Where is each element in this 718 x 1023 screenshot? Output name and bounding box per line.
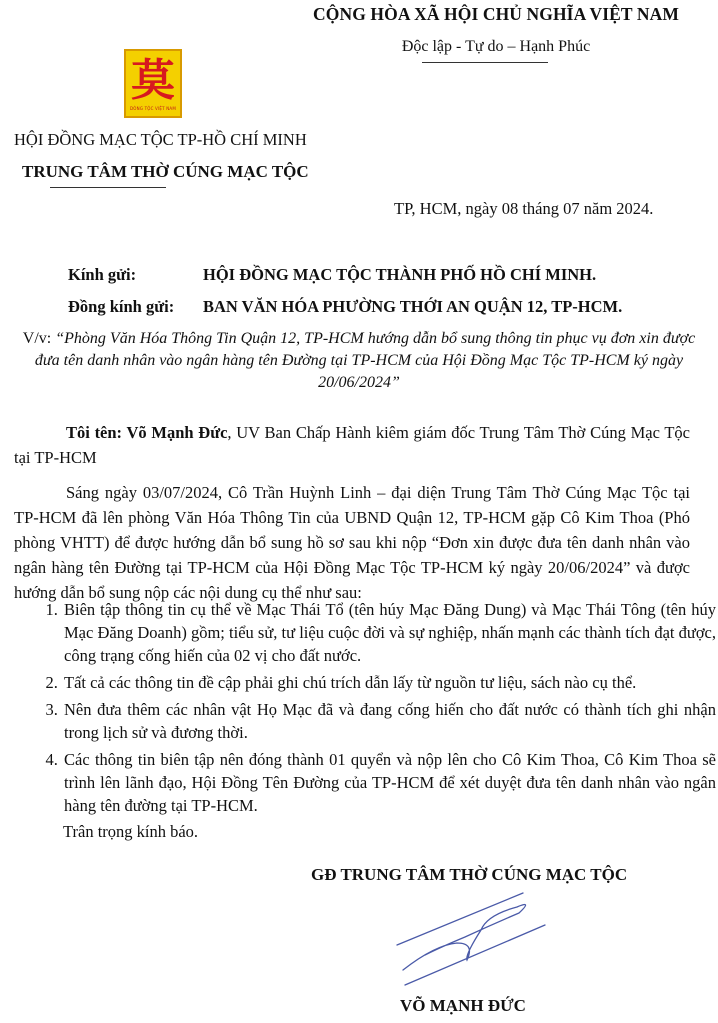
intro-label: Tôi tên: — [66, 423, 126, 442]
closing-line: Trân trọng kính báo. — [63, 822, 198, 842]
document-date: TP, HCM, ngày 08 tháng 07 năm 2024. — [394, 199, 653, 219]
issuing-council: HỘI ĐỒNG MẠC TỘC TP-HỒ CHÍ MINH — [14, 130, 307, 150]
national-motto: Độc lập - Tự do – Hạnh Phúc — [296, 38, 696, 56]
list-item: Tất cả các thông tin đề cập phải ghi chú… — [62, 671, 716, 694]
list-item: Biên tập thông tin cụ thể về Mạc Thái Tổ… — [62, 598, 716, 667]
cc-recipient-label: Đồng kính gửi: — [68, 297, 174, 317]
recipient-label: Kính gửi: — [68, 265, 136, 285]
intro-paragraph: Tôi tên: Võ Mạnh Đức, UV Ban Chấp Hành k… — [14, 420, 690, 470]
body-paragraph: Sáng ngày 03/07/2024, Cô Trần Huỳnh Linh… — [14, 480, 690, 605]
logo-caption: DÒNG TỘC VIỆT NAM — [130, 106, 176, 111]
clan-logo: 莫 DÒNG TỘC VIỆT NAM — [124, 49, 182, 118]
subject-text: “Phòng Văn Hóa Thông Tin Quận 12, TP-HCM… — [35, 330, 695, 391]
issuing-center: TRUNG TÂM THỜ CÚNG MẠC TỘC — [22, 162, 309, 182]
request-list: Biên tập thông tin cụ thể về Mạc Thái Tổ… — [36, 598, 716, 821]
subject-prefix: V/v: — [23, 330, 55, 347]
list-item: Các thông tin biên tập nên đóng thành 01… — [62, 748, 716, 817]
signer-title: GĐ TRUNG TÂM THỜ CÚNG MẠC TỘC — [311, 865, 627, 885]
signer-name: VÕ MẠNH ĐỨC — [400, 996, 526, 1016]
list-item: Nên đưa thêm các nhân vật Họ Mạc đã và đ… — [62, 698, 716, 744]
center-underline — [50, 187, 166, 188]
logo-glyph: 莫 — [131, 56, 175, 106]
nation-title: CỘNG HÒA XÃ HỘI CHỦ NGHĨA VIỆT NAM — [296, 4, 696, 25]
sender-name: Võ Mạnh Đức — [126, 423, 227, 442]
subject-line: V/v: “Phòng Văn Hóa Thông Tin Quận 12, T… — [14, 328, 704, 394]
cc-recipient-value: BAN VĂN HÓA PHƯỜNG THỚI AN QUẬN 12, TP-H… — [203, 297, 622, 317]
recipient-value: HỘI ĐỒNG MẠC TỘC THÀNH PHỐ HỒ CHÍ MINH. — [203, 265, 596, 285]
motto-underline — [422, 62, 548, 63]
signature-mark — [395, 885, 585, 995]
